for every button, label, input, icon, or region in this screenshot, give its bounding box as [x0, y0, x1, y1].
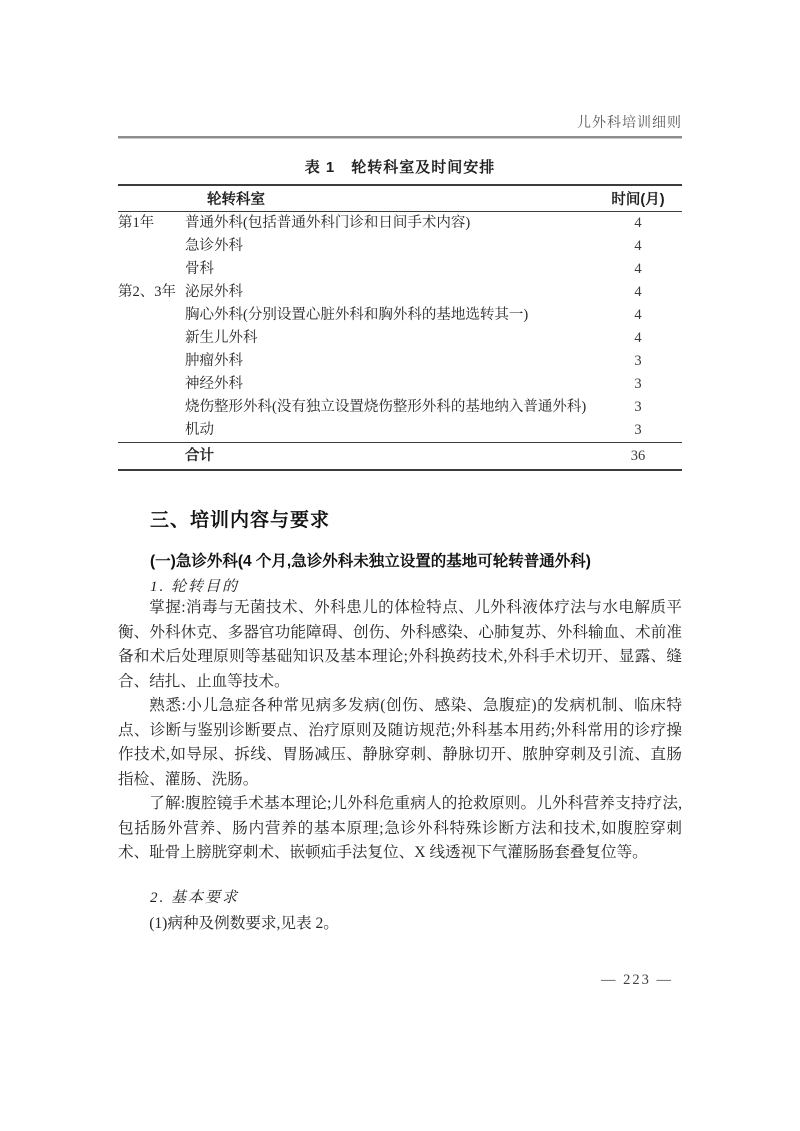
table-row: 肿瘤外科 3: [118, 350, 682, 373]
rotation-table: 轮转科室 时间(月) 第1年 普通外科(包括普通外科门诊和日间手术内容) 4 急…: [118, 184, 682, 471]
year-cell: [118, 350, 185, 373]
paragraph-familiar: 熟悉:小儿急症各种常见病多发病(创伤、感染、急腹症)的发病机制、临床特点、诊断与…: [118, 694, 682, 792]
section-title: 三、培训内容与要求: [150, 505, 682, 532]
year-cell: [118, 327, 185, 350]
subsection-title: (一)急诊外科(4 个月,急诊外科未独立设置的基地可轮转普通外科): [150, 549, 682, 571]
table-row: 胸心外科(分别设置心脏外科和胸外科的基地选转其一) 4: [118, 304, 682, 327]
page-number: — 223 —: [118, 972, 673, 989]
item-title-rotation-purpose: 1. 轮转目的: [150, 575, 682, 596]
table-row: 骨科 4: [118, 258, 682, 281]
months-cell: 4: [594, 304, 682, 327]
table-row: 第2、3年 泌尿外科 4: [118, 281, 682, 304]
running-head: 儿外科培训细则: [118, 112, 682, 132]
months-cell: 4: [594, 212, 682, 236]
year-cell: [118, 235, 185, 258]
department-cell: 机动: [185, 419, 594, 443]
department-cell: 骨科: [185, 258, 594, 281]
table-row: 机动 3: [118, 419, 682, 443]
table-row: 新生儿外科 4: [118, 327, 682, 350]
item-title-basic-requirements: 2. 基本要求: [150, 886, 682, 907]
paragraph-master: 掌握:消毒与无菌技术、外科患儿的体检特点、儿外科液体疗法与水电解质平衡、外科休克…: [118, 596, 682, 694]
department-cell: 肿瘤外科: [185, 350, 594, 373]
department-cell: 烧伤整形外科(没有独立设置烧伤整形外科的基地纳入普通外科): [185, 396, 594, 419]
table-row: 神经外科 3: [118, 373, 682, 396]
table-title: 表 1 轮转科室及时间安排: [118, 156, 682, 177]
table-row: 第1年 普通外科(包括普通外科门诊和日间手术内容) 4: [118, 212, 682, 236]
months-cell: 4: [594, 235, 682, 258]
department-cell: 泌尿外科: [185, 281, 594, 304]
months-cell: 3: [594, 350, 682, 373]
months-cell: 3: [594, 419, 682, 443]
department-cell: 急诊外科: [185, 235, 594, 258]
year-cell: 第2、3年: [118, 281, 185, 304]
months-cell: 4: [594, 258, 682, 281]
table-total-row: 合计 36: [118, 443, 682, 471]
department-cell: 神经外科: [185, 373, 594, 396]
total-label: 合计: [185, 443, 594, 471]
department-cell: 新生儿外科: [185, 327, 594, 350]
total-spacer: [118, 443, 185, 471]
department-cell: 胸心外科(分别设置心脏外科和胸外科的基地选转其一): [185, 304, 594, 327]
paragraph-understand: 了解:腹腔镜手术基本理论;儿外科危重病人的抢救原则。儿外科营养支持疗法,包括肠外…: [118, 792, 682, 866]
total-months: 36: [594, 443, 682, 471]
year-cell: 第1年: [118, 212, 185, 236]
rotation-table-section: 表 1 轮转科室及时间安排 轮转科室 时间(月) 第1年 普通外科(包括普通外科…: [118, 156, 682, 471]
months-cell: 4: [594, 281, 682, 304]
year-cell: [118, 419, 185, 443]
header-rule: [118, 136, 682, 140]
column-header-time: 时间(月): [594, 185, 682, 212]
year-cell: [118, 304, 185, 327]
table-header-row: 轮转科室 时间(月): [118, 185, 682, 212]
months-cell: 4: [594, 327, 682, 350]
year-cell: [118, 373, 185, 396]
document-page: 儿外科培训细则 表 1 轮转科室及时间安排 轮转科室 时间(月) 第1年 普通外…: [0, 0, 800, 1131]
requirement-line: (1)病种及例数要求,见表 2。: [118, 911, 682, 933]
months-cell: 3: [594, 396, 682, 419]
table-row: 烧伤整形外科(没有独立设置烧伤整形外科的基地纳入普通外科) 3: [118, 396, 682, 419]
year-cell: [118, 396, 185, 419]
year-cell: [118, 258, 185, 281]
months-cell: 3: [594, 373, 682, 396]
column-header-department: 轮转科室: [185, 185, 594, 212]
table-row: 急诊外科 4: [118, 235, 682, 258]
department-cell: 普通外科(包括普通外科门诊和日间手术内容): [185, 212, 594, 236]
header-spacer: [118, 185, 185, 212]
